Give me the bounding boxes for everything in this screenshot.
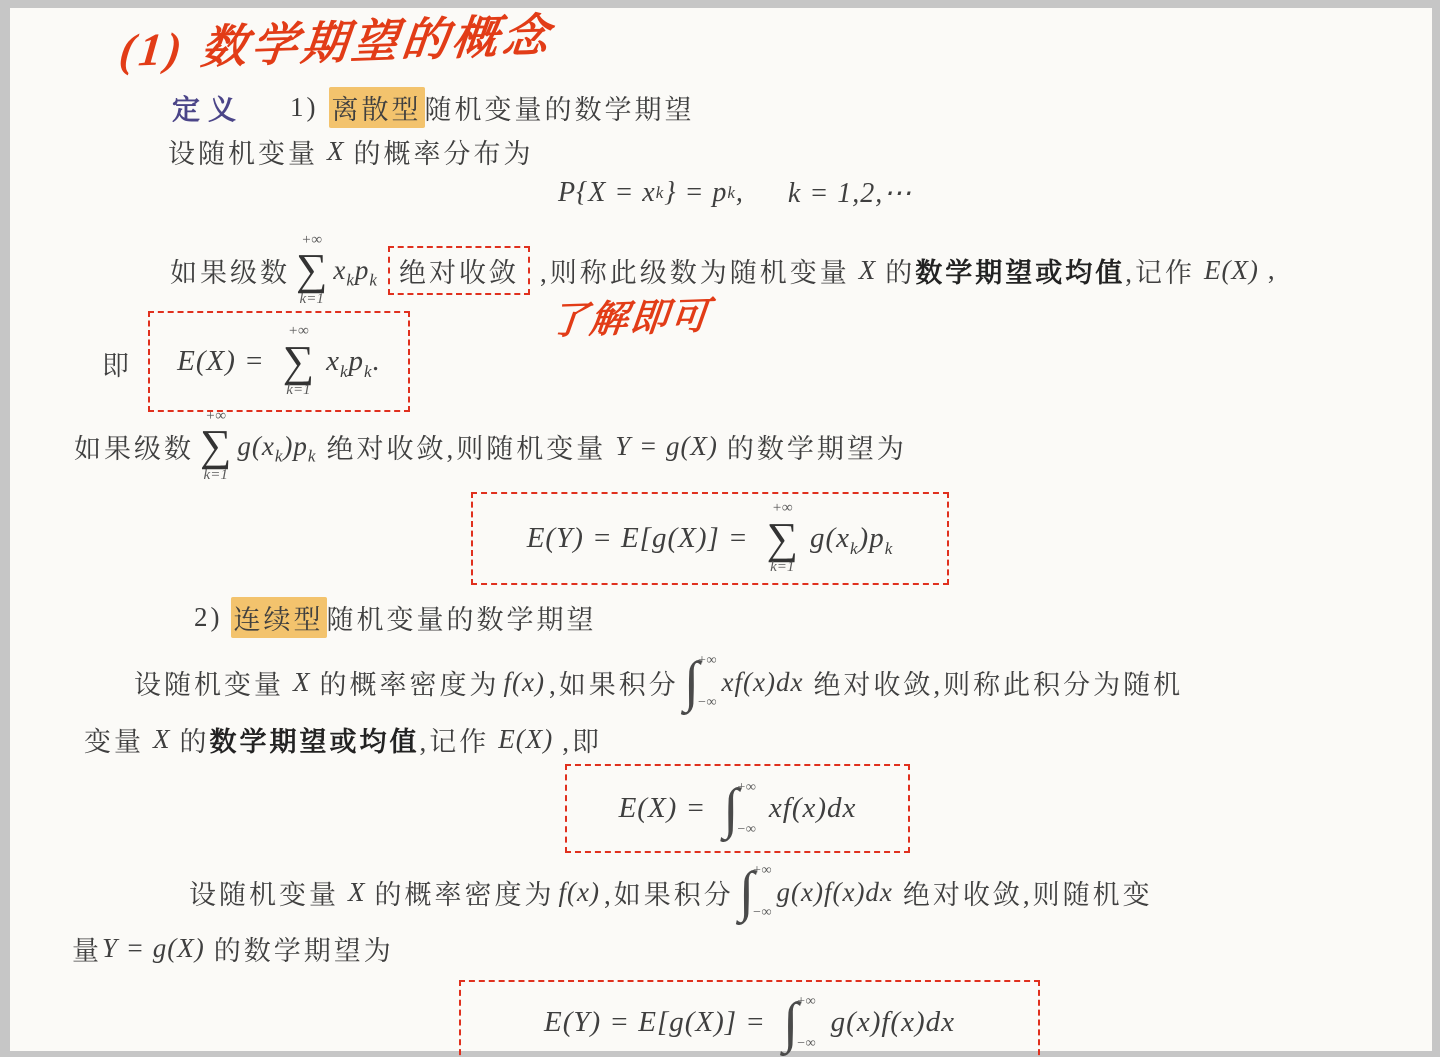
- integral-expression: xf(x)dx: [722, 667, 804, 698]
- paragraph-text: ,记作: [1125, 251, 1195, 290]
- paragraph-text: 的数学期望为: [727, 427, 907, 466]
- var-x: X: [859, 255, 877, 286]
- expr-y-gx: Y = g(X): [102, 933, 205, 964]
- paragraph-text: 设随机变量: [134, 663, 284, 702]
- var-x: X: [293, 667, 311, 698]
- paragraph-text: 绝对收敛,则随机变: [903, 873, 1153, 912]
- var-x: X: [348, 877, 366, 908]
- formula-lhs: E(Y) = E[g(X)] =: [527, 522, 749, 555]
- paragraph-text: ,则称此级数为随机变量: [540, 251, 850, 290]
- formula-lhs: E(X) =: [177, 345, 265, 378]
- intro-text-2: 的概率分布为: [354, 132, 534, 171]
- handwritten-title: (1) 数学期望的概念: [117, 0, 557, 80]
- paragraph-text: 的: [180, 720, 210, 759]
- paragraph-text: 的概率密度为: [320, 663, 500, 702]
- paragraph-text: ,记作: [420, 720, 490, 759]
- series-expression: g(xk)pk: [237, 431, 316, 462]
- paragraph-text: ,即: [562, 720, 602, 759]
- section1-number: 1): [290, 92, 319, 123]
- intro-text: 设随机变量: [168, 132, 318, 171]
- series1-paragraph: 如果级数 +∞ ∑ k=1 xkpk 绝对收敛 ,则称此级数为随机变量 X 的 …: [170, 228, 1278, 312]
- bold-term-expectation: 数学期望或均值: [210, 720, 420, 759]
- paragraph-text: 变量: [84, 720, 144, 759]
- formula-condition: k = 1,2,⋯: [788, 176, 912, 210]
- expr-fx: f(x): [559, 877, 600, 908]
- section2-number: 2): [194, 602, 223, 633]
- paragraph-text: 的概率密度为: [375, 873, 555, 912]
- prob-distribution-formula: P{X = xk} = pk,k = 1,2,⋯: [558, 176, 912, 210]
- expr-y-gx: Y = g(X): [615, 431, 718, 462]
- expr-ex: E(X): [498, 724, 553, 755]
- integral-expression: xf(x)dx: [769, 792, 857, 825]
- handwritten-note: 了解即可: [547, 284, 714, 345]
- formula-part: } = p: [664, 177, 727, 209]
- section2-heading-text: 随机变量的数学期望: [327, 598, 597, 637]
- var-x: X: [327, 136, 345, 167]
- integral2-paragraph: 设随机变量 X 的概率密度为 f(x) ,如果积分 ∫ +∞−∞ g(x)f(x…: [189, 858, 1153, 926]
- integral1-paragraph-line2: 变量 X 的 数学期望或均值 ,记作 E(X) ,即: [84, 720, 602, 759]
- abs-convergence-box: 绝对收敛: [388, 246, 530, 295]
- series-expression: xkpk.: [326, 345, 381, 378]
- integral1-paragraph: 设随机变量 X 的概率密度为 f(x) ,如果积分 ∫ +∞−∞ xf(x)dx…: [134, 648, 1183, 716]
- expectation-y-sum-box: E(Y) = E[g(X)] = +∞ ∑ k=1 g(xk)pk: [471, 492, 949, 585]
- section1-heading-text: 随机变量的数学期望: [425, 88, 695, 127]
- integral-symbol: ∫ +∞−∞: [739, 859, 772, 925]
- integral-expression: g(x)f(x)dx: [831, 1006, 955, 1039]
- sum-symbol: +∞ ∑ k=1: [296, 232, 327, 308]
- paragraph-text: 如果级数: [74, 427, 194, 466]
- formula-lhs: E(X) =: [619, 792, 707, 825]
- paragraph-text: 绝对收敛,则随机变量: [326, 427, 606, 466]
- integral2-paragraph-line2: 量 Y = g(X) 的数学期望为: [72, 929, 394, 968]
- paragraph-text: 量: [72, 929, 102, 968]
- series-expression: g(xk)pk: [810, 522, 893, 555]
- var-x: X: [153, 724, 171, 755]
- series2-paragraph: 如果级数 +∞ ∑ k=1 g(xk)pk 绝对收敛,则随机变量 Y = g(X…: [74, 406, 907, 486]
- namely-label: 即: [102, 344, 132, 383]
- paragraph-text: 设随机变量: [189, 873, 339, 912]
- expr-fx: f(x): [504, 667, 545, 698]
- integral-symbol: ∫ +∞−∞: [723, 776, 756, 842]
- integral-symbol: ∫ +∞−∞: [783, 990, 816, 1056]
- definition-label: 定义: [172, 88, 244, 128]
- paragraph-text: ,如果积分: [604, 873, 734, 912]
- integral-expression: g(x)f(x)dx: [777, 877, 893, 908]
- formula-lhs: E(Y) = E[g(X)] =: [544, 1006, 766, 1039]
- highlight-discrete: 离散型: [329, 87, 425, 128]
- sum-symbol: +∞ ∑ k=1: [200, 408, 231, 484]
- paragraph-text: 的: [885, 251, 915, 290]
- paragraph-text: 如果级数: [170, 251, 290, 290]
- paragraph-text: 绝对收敛,则称此积分为随机: [813, 663, 1183, 702]
- integral-symbol: ∫ +∞−∞: [684, 649, 717, 715]
- expr-ex: E(X): [1204, 255, 1259, 286]
- sum-symbol: +∞ ∑ k=1: [283, 323, 314, 399]
- section1-intro: 设随机变量 X 的概率分布为: [168, 132, 534, 171]
- section1-heading: 1) 离散型 随机变量的数学期望: [290, 87, 695, 128]
- textbook-page: (1) 数学期望的概念 定义 1) 离散型 随机变量的数学期望 设随机变量 X …: [10, 8, 1432, 1051]
- formula-part: P{X = x: [558, 177, 656, 209]
- series-expression: xkpk: [333, 255, 378, 286]
- expectation-x-sum-box: E(X) = +∞ ∑ k=1 xkpk.: [148, 311, 410, 412]
- paragraph-text: 的数学期望为: [214, 929, 394, 968]
- sum-symbol: +∞ ∑ k=1: [767, 500, 798, 576]
- expectation-x-integral-box: E(X) = ∫ +∞−∞ xf(x)dx: [565, 764, 910, 853]
- highlight-continuous: 连续型: [231, 597, 327, 638]
- section2-heading: 2) 连续型 随机变量的数学期望: [194, 597, 597, 638]
- paragraph-text: ,如果积分: [549, 663, 679, 702]
- bold-term-expectation: 数学期望或均值: [915, 251, 1125, 290]
- expectation-y-integral-box: E(Y) = E[g(X)] = ∫ +∞−∞ g(x)f(x)dx: [459, 980, 1040, 1057]
